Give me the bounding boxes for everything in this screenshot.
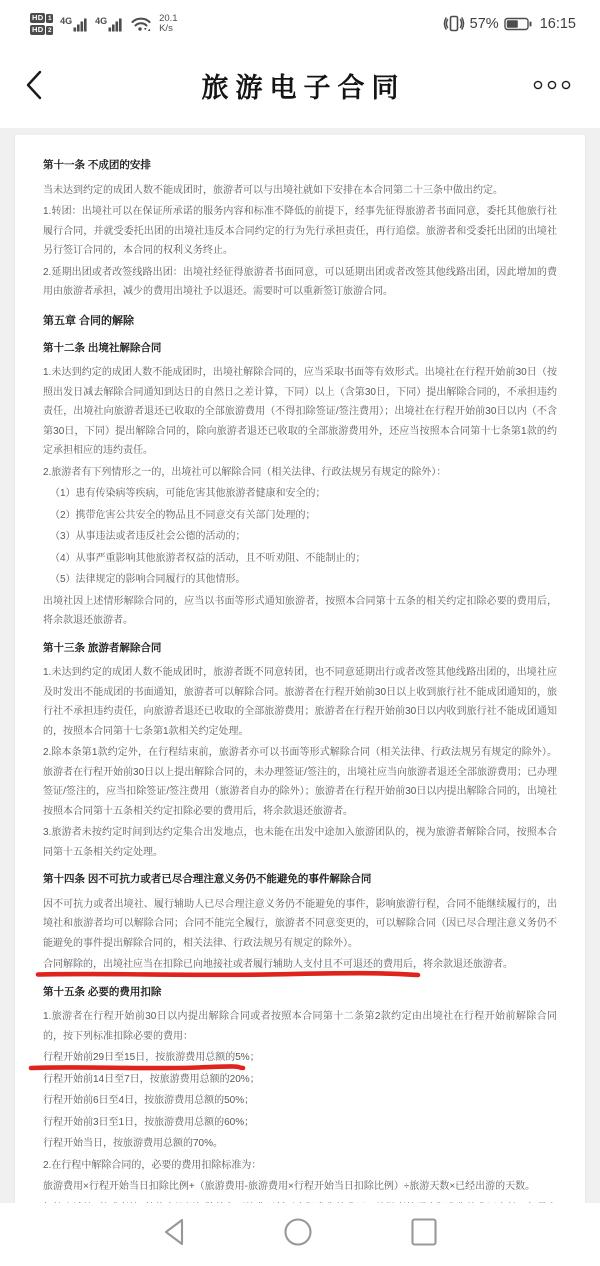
contract-paragraph-underlined: 行程开始前29日至15日，按旅游费用总额的5%；: [43, 1048, 557, 1068]
battery-icon: [504, 17, 532, 31]
contract-paragraph: 2.旅游者有下列情形之一的，出境社可以解除合同（相关法律、行政法规另有规定的除外…: [43, 463, 557, 483]
nav-home-button[interactable]: [283, 1217, 313, 1247]
speed-unit: K/s: [159, 24, 178, 34]
contract-paragraph: 2.延期出团或者改签线路出团：出境社经征得旅游者书面同意，可以延期出团或者改签其…: [43, 263, 557, 302]
contract-list-item: （2）携带危害公共安全的物品且不同意交有关部门处理的；: [43, 506, 557, 526]
status-bar: HD1 HD2 4G 4G: [0, 0, 600, 42]
sim1-number: 1: [46, 14, 53, 23]
hd-badge-2: HD: [30, 25, 45, 35]
wifi-icon: [130, 15, 152, 33]
page-title: 旅游电子合同: [0, 66, 600, 105]
signal-bars-icon: [73, 17, 88, 32]
contract-list-item: （5）法律规定的影响合同履行的其他情形。: [43, 570, 557, 590]
signal-bars-icon: [108, 17, 123, 32]
contract-paragraph: 行程开始前14日至7日，按旅游费用总额的20%；: [43, 1070, 557, 1090]
contract-list-item: （3）从事违法或者违反社会公德的活动的；: [43, 527, 557, 547]
contract-paragraph-underlined: 合同解除的，出境社应当在扣除已向地接社或者履行辅助人支付且不可退还的费用后，将余…: [43, 955, 557, 975]
contract-paragraph: 1.转团：出境社可以在保证所承诺的服务内容和标准不降低的前提下，经事先征得旅游者…: [43, 202, 557, 261]
contract-paragraph: 旅游费用×行程开始当日扣除比例+（旅游费用-旅游费用×行程开始当日扣除比例）÷旅…: [43, 1177, 557, 1197]
contract-paragraph: 1.旅游者在行程开始前30日以内提出解除合同或者按照本合同第十二条第2款约定由出…: [43, 1007, 557, 1046]
contract-paragraph: 2.在行程中解除合同的，必要的费用扣除标准为：: [43, 1156, 557, 1176]
status-left-group: HD1 HD2 4G 4G: [30, 13, 178, 35]
contract-document[interactable]: 第十一条 不成团的安排 当未达到约定的成团人数不能成团时，旅游者可以与出境社就如…: [15, 135, 585, 1203]
network-speed: 20.1 K/s: [159, 14, 178, 34]
vibrate-icon: [443, 14, 465, 34]
nav-back-triangle-icon: [162, 1217, 186, 1247]
phone-screen: HD1 HD2 4G 4G: [0, 0, 600, 1266]
contract-list-item: （1）患有传染病等疾病，可能危害其他旅游者健康和安全的；: [43, 484, 557, 504]
chapter-heading: 第五章 合同的解除: [43, 311, 557, 331]
contract-paragraph: 2.除本条第1款约定外，在行程结束前，旅游者亦可以书面等形式解除合同（相关法律、…: [43, 743, 557, 821]
android-nav-bar: [0, 1203, 600, 1266]
nav-back-button[interactable]: [162, 1217, 186, 1247]
document-page-background: 第十一条 不成团的安排 当未达到约定的成团人数不能成团时，旅游者可以与出境社就如…: [0, 128, 600, 1203]
signal-bars-icon-sim1: 4G: [60, 17, 88, 32]
hd-voice-icon: HD1 HD2: [30, 13, 53, 35]
contract-paragraph: 1.未达到约定的成团人数不能成团时，出境社解除合同的，应当采取书面等有效形式。出…: [43, 363, 557, 461]
contract-paragraph: 行程开始前6日至4日，按旅游费用总额的50%；: [43, 1091, 557, 1111]
contract-paragraph: 行程开始前3日至1日，按旅游费用总额的60%；: [43, 1113, 557, 1133]
contract-list-item: （4）从事严重影响其他旅游者权益的活动，且不听劝阻、不能制止的；: [43, 549, 557, 569]
contract-paragraph: 1.未达到约定的成团人数不能成团时，旅游者既不同意转团，也不同意延期出行或者改签…: [43, 663, 557, 741]
article-heading: 第十五条 必要的费用扣除: [43, 983, 557, 1003]
contract-paragraph: 3.旅游者未按约定时间到达约定集合出发地点，也未能在出发中途加入旅游团队的，视为…: [43, 823, 557, 862]
contract-paragraph: 行程开始当日，按旅游费用总额的70%。: [43, 1134, 557, 1154]
more-menu-dots-icon: [532, 79, 576, 91]
contract-paragraph: 因不可抗力或者出境社、履行辅助人已尽合理注意义务仍不能避免的事件，影响旅游行程，…: [43, 895, 557, 954]
contract-paragraph: 当未达到约定的成团人数不能成团时，旅游者可以与出境社就如下安排在本合同第二十三条…: [43, 181, 557, 201]
article-heading: 第十三条 旅游者解除合同: [43, 639, 557, 659]
article-heading: 第十四条 因不可抗力或者已尽合理注意义务仍不能避免的事件解除合同: [43, 870, 557, 890]
status-right-group: 57% 16:15: [443, 14, 576, 34]
battery-percent: 57%: [470, 16, 499, 32]
nav-recents-square-icon: [410, 1217, 438, 1247]
red-underline-annotation: [35, 970, 421, 979]
underlined-text: 行程开始前29日至15日，按旅游费用总额的5%；: [43, 1052, 260, 1063]
more-menu-button[interactable]: [532, 79, 576, 91]
article-heading: 第十一条 不成团的安排: [43, 156, 557, 176]
signal-bars-icon-sim2: 4G: [95, 17, 123, 32]
underlined-text: 合同解除的，出境社应当在扣除已向地接社或者履行辅助人支付且不可退还的费用后，将余…: [43, 959, 513, 970]
clock-time: 16:15: [540, 16, 576, 32]
hd-badge-1: HD: [30, 13, 45, 23]
network-type-label: 4G: [95, 17, 107, 26]
article-heading: 第十二条 出境社解除合同: [43, 339, 557, 359]
contract-paragraph: 出境社因上述情形解除合同的，应当以书面等形式通知旅游者，按照本合同第十五条的相关…: [43, 592, 557, 631]
app-header: 旅游电子合同: [0, 42, 600, 128]
network-type-label: 4G: [60, 17, 72, 26]
nav-recents-button[interactable]: [410, 1217, 438, 1247]
sim2-number: 2: [46, 26, 53, 35]
nav-home-circle-icon: [283, 1217, 313, 1247]
